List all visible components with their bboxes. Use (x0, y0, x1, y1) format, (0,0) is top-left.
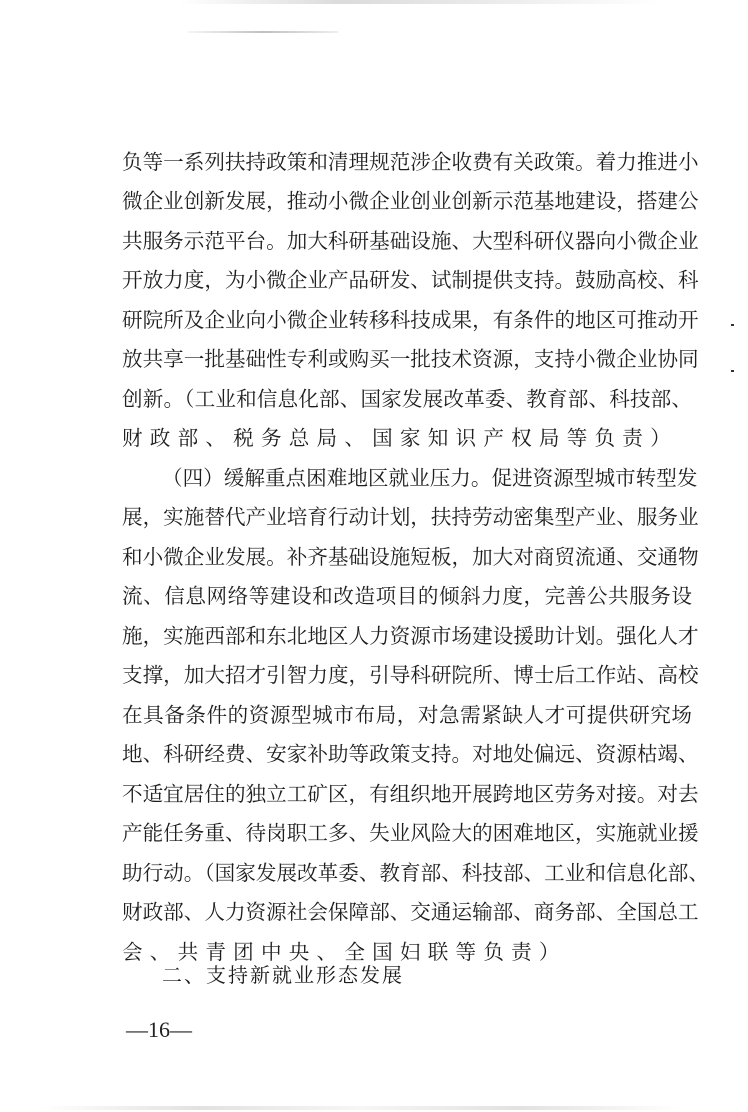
paragraph-line: 开放力度，为小微企业产品研发、试制提供支持。鼓励高校、科 (122, 266, 692, 294)
paragraph-line: 在具备条件的资源型城市布局，对急需紧缺人才可提供研究场 (122, 701, 692, 729)
paragraph-line: 负等一系列扶持政策和清理规范涉企收费有关政策。着力推进小 (122, 148, 692, 176)
scan-speck (731, 370, 734, 372)
scan-artifact-top-edge (180, 0, 660, 4)
paragraph-line-subsection-4: （四）缓解重点困难地区就业压力。促进资源型城市转型发 (162, 464, 692, 492)
scan-artifact-bottom-edge (40, 1106, 680, 1110)
paragraph-line: 流、信息网络等建设和改造项目的倾斜力度，完善公共服务设 (122, 582, 692, 610)
paragraph-line: 微企业创新发展，推动小微企业创业创新示范基地建设，搭建公 (122, 187, 692, 215)
paragraph-line: 地、科研经费、安家补助等政策支持。对地处偏远、资源枯竭、 (122, 740, 692, 768)
section-heading: 二、支持新就业形态发展 (162, 961, 404, 989)
scan-speck (731, 324, 734, 326)
paragraph-line: 展，实施替代产业培育行动计划，扶持劳动密集型产业、服务业 (122, 503, 692, 531)
paragraph-line: 财政部、税务总局、国家知识产权局等负责） (122, 424, 692, 452)
paragraph-line: 助行动。（国家发展改革委、教育部、科技部、工业和信息化部、 (122, 859, 692, 887)
paragraph-line: 研院所及企业向小微企业转移科技成果，有条件的地区可推动开 (122, 306, 692, 334)
paragraph-line: 支撑，加大招才引智力度，引导科研院所、博士后工作站、高校 (122, 661, 692, 689)
paragraph-line: 不适宜居住的独立工矿区，有组织地开展跨地区劳务对接。对去 (122, 780, 692, 808)
page-number: —16— (126, 1016, 192, 1044)
paragraph-line: 产能任务重、待岗职工多、失业风险大的困难地区，实施就业援 (122, 819, 692, 847)
paragraph-line: 财政部、人力资源社会保障部、交通运输部、商务部、全国总工 (122, 898, 692, 926)
paragraph-line: 创新。（工业和信息化部、国家发展改革委、教育部、科技部、 (122, 385, 692, 413)
paragraph-line: 共服务示范平台。加大科研基础设施、大型科研仪器向小微企业 (122, 227, 692, 255)
scan-artifact-top-line (188, 31, 338, 33)
paragraph-line: 放共享一批基础性专利或购买一批技术资源，支持小微企业协同 (122, 345, 692, 373)
paragraph-line: 和小微企业发展。补齐基础设施短板，加大对商贸流通、交通物 (122, 543, 692, 571)
paragraph-line: 施，实施西部和东北地区人力资源市场建设援助计划。强化人才 (122, 622, 692, 650)
